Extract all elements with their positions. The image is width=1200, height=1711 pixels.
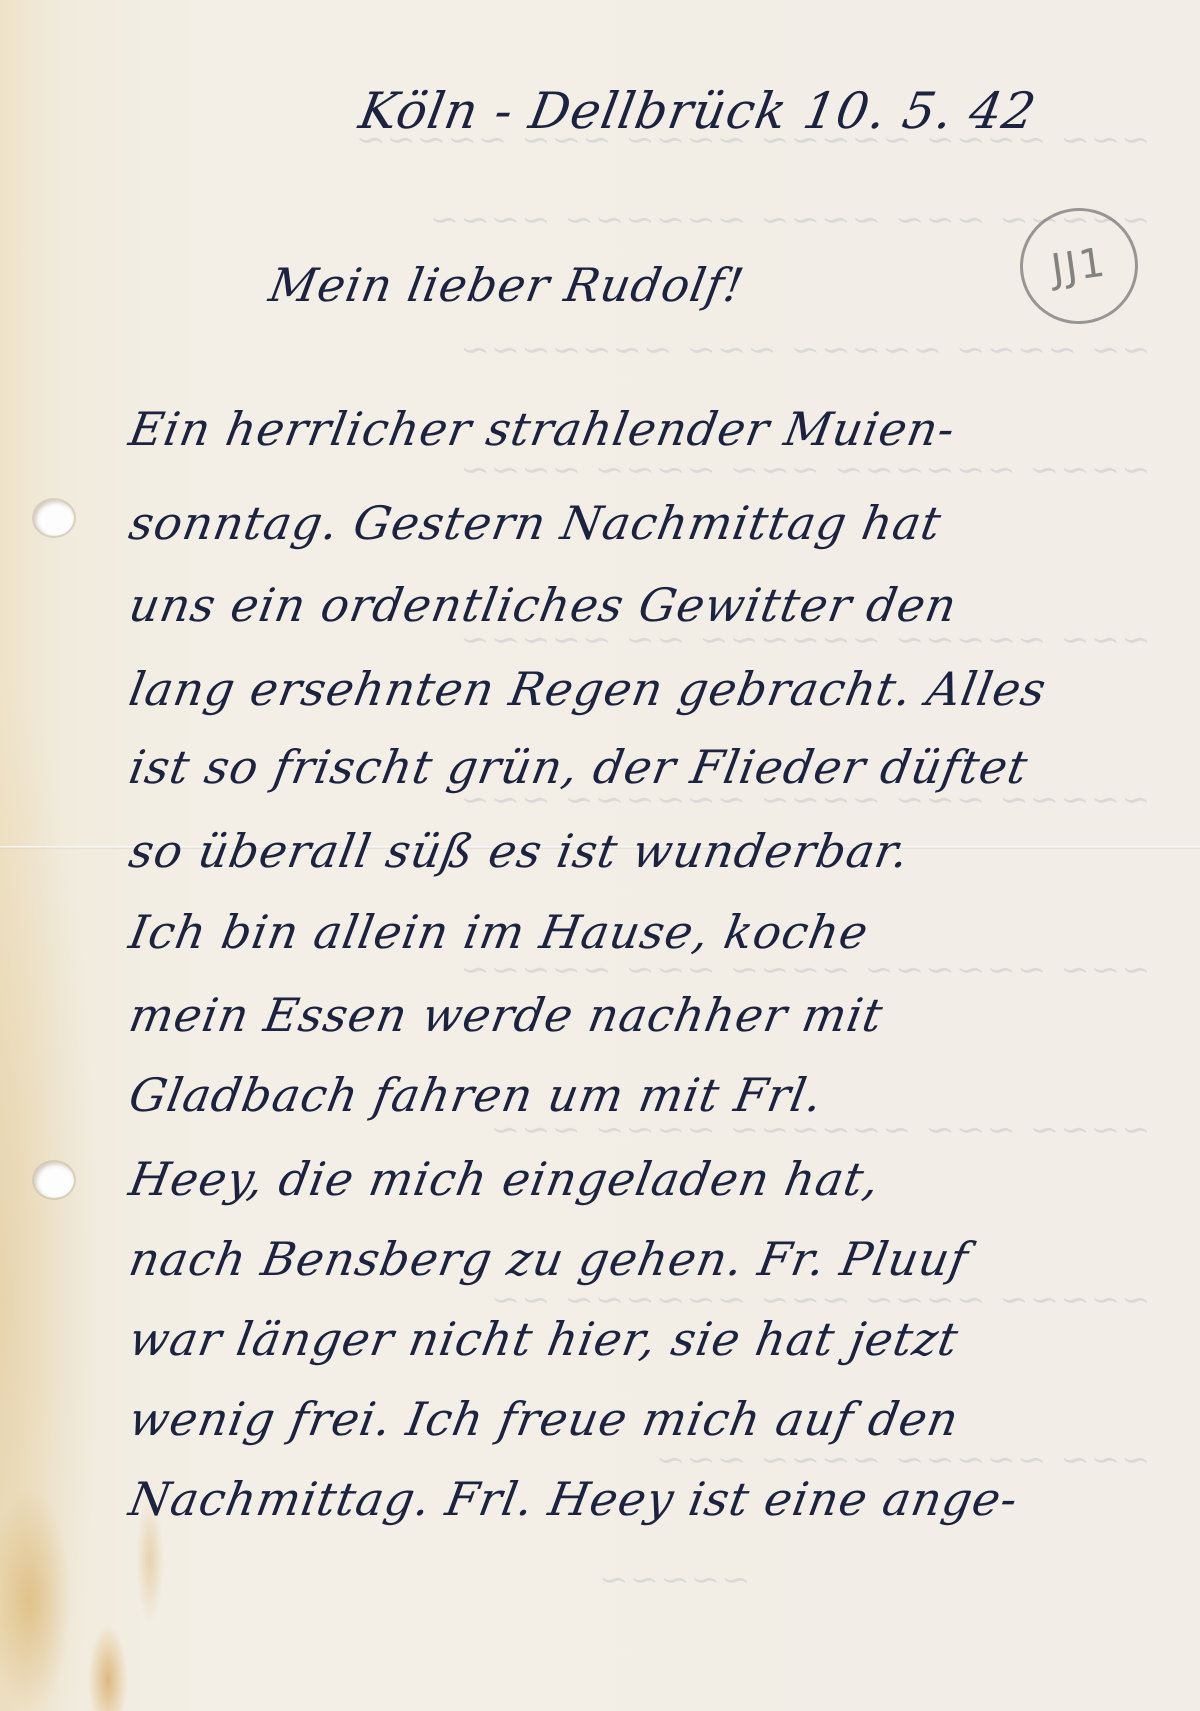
letter-line: so überall süß es ist wunderbar. <box>125 824 1175 878</box>
bleed-through-text: ~~ ~~~~ ~~~~~ ~~~ ~~~~~~~ <box>146 330 1155 370</box>
letter-line: ist so frischt grün, der Flieder düftet <box>125 740 1175 794</box>
letter-line: nach Bensberg zu gehen. Fr. Pluuf <box>125 1232 1175 1286</box>
letter-page: ~~~ ~~~~ ~~~~~ ~~~~ ~~~ ~~~~~ ~~~~~ ~~~ … <box>0 0 1200 1711</box>
letter-line: war länger nicht hier, sie hat jetzt <box>125 1312 1175 1366</box>
letter-line: Nachmittag. Frl. Heey ist eine ange- <box>125 1472 1175 1526</box>
letter-line: Ich bin allein im Hause, koche <box>125 905 1175 959</box>
archive-mark-label: JJ1 <box>1049 239 1110 292</box>
letter-line: mein Essen werde nachher mit <box>125 988 1175 1042</box>
bleed-through-text: ~~~~ ~~~~~~ ~~~ ~~~~ ~~~~ <box>146 450 1155 490</box>
letter-line: Gladbach fahren um mit Frl. <box>125 1068 1175 1122</box>
letter-line: sonntag. Gestern Nachmittag hat <box>125 496 1175 550</box>
letter-line: Ein herrlicher strahlender Muien- <box>125 402 1175 456</box>
letter-line: Heey, die mich eingeladen hat, <box>125 1152 1175 1206</box>
letter-salutation: Mein lieber Rudolf! <box>265 258 748 312</box>
letter-heading: Köln - Dellbrück 10. 5. 42 <box>355 82 1041 140</box>
bleed-through-text: ~~~~~ ~~~ ~~~~ ~~~~~~ ~~~~ <box>146 200 1155 240</box>
punch-hole <box>34 500 74 536</box>
bleed-through-text: ~~~~~ <box>446 1560 755 1600</box>
punch-hole <box>34 1162 74 1198</box>
letter-line: wenig frei. Ich freue mich auf den <box>125 1392 1175 1446</box>
letter-line: uns ein ordentliches Gewitter den <box>125 578 1175 632</box>
letter-line: lang ersehnten Regen gebracht. Alles <box>125 662 1175 716</box>
